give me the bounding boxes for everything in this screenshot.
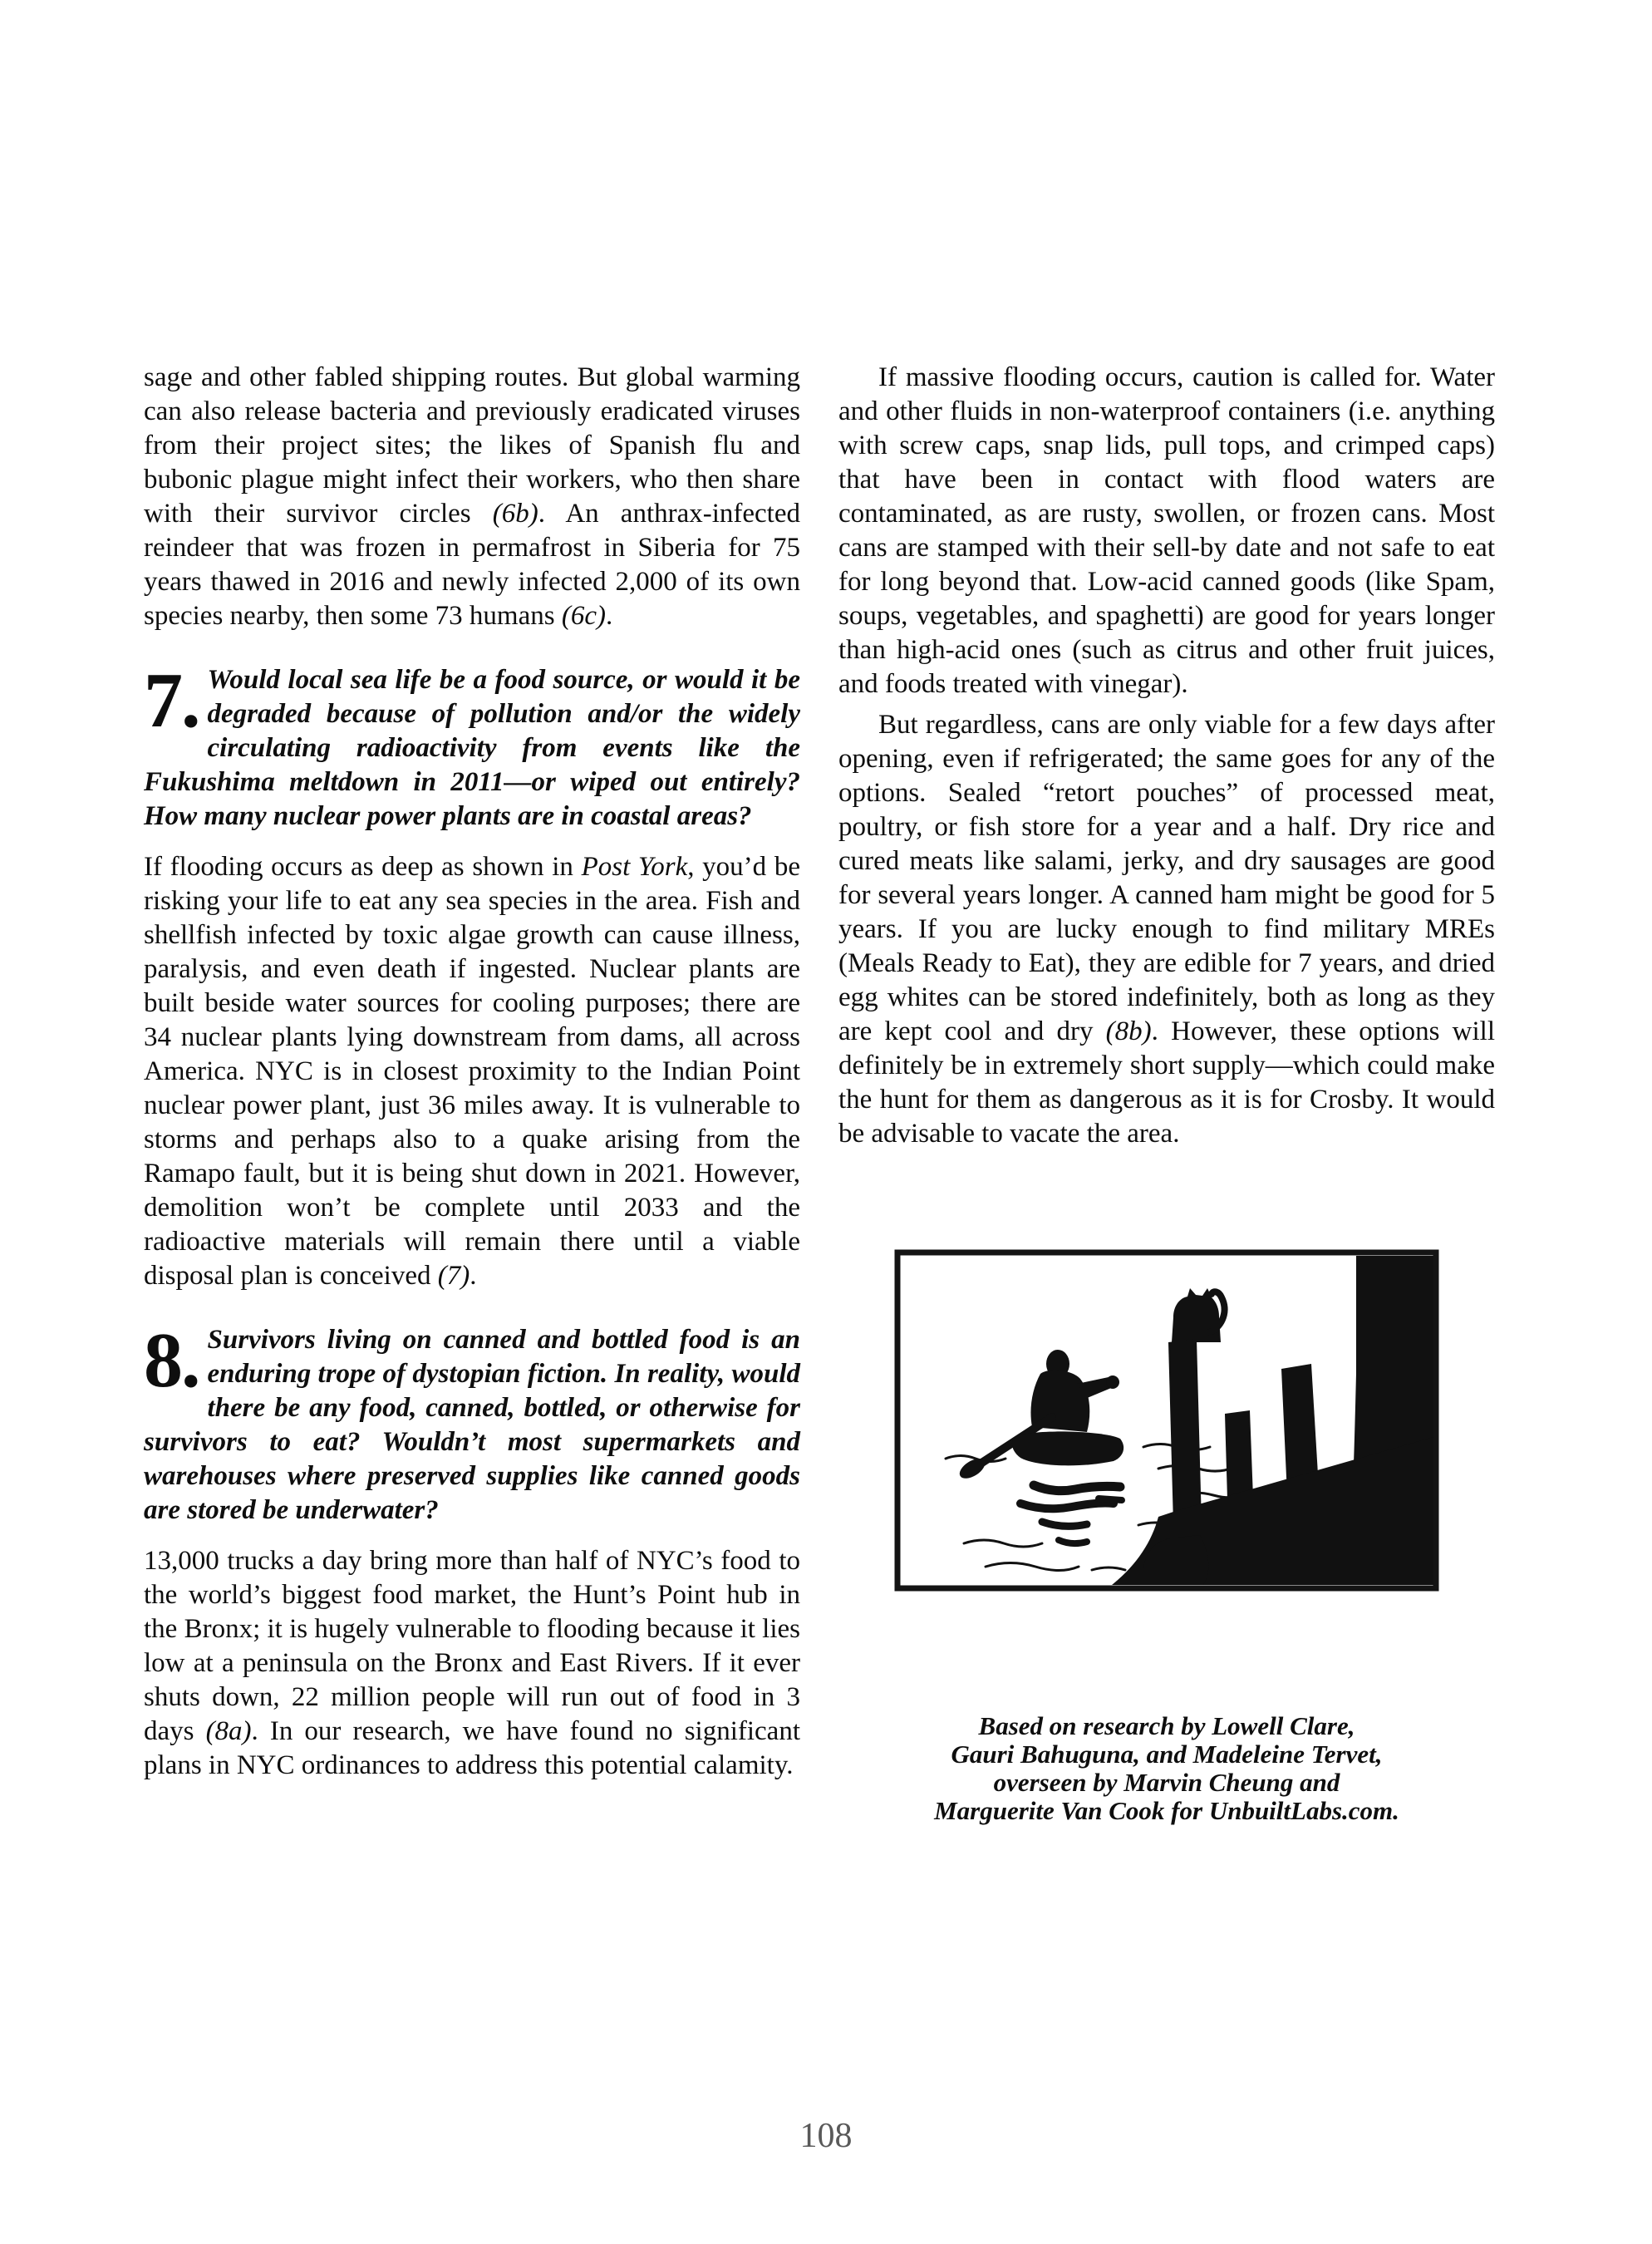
question-8-answer: 13,000 trucks a day bring more than half… [144,1544,800,1783]
two-column-text: sage and other fabled shipping routes. B… [144,361,1495,1825]
canned-food-paragraph: But regardless, cans are only viable for… [838,708,1495,1151]
question-7-text: Would local sea life be a food source, o… [144,665,800,831]
flood-caution-paragraph: If massive flooding occurs, caution is c… [838,361,1495,701]
right-column: If massive flooding occurs, caution is c… [838,361,1495,1825]
question-8-heading: 8.Survivors living on canned and bottled… [144,1323,800,1528]
left-column: sage and other fabled shipping routes. B… [144,361,800,1825]
research-credit-caption: Based on research by Lowell Clare, Gauri… [838,1712,1495,1825]
question-7-number: 7. [144,665,199,736]
question-8-number: 8. [144,1325,199,1396]
question-7-heading: 7.Would local sea life be a food source,… [144,663,800,834]
magazine-page: sage and other fabled shipping routes. B… [0,0,1652,2244]
survivor-boat-illustration [894,1249,1439,1592]
illustration-figure [894,1249,1439,1592]
question-7-answer: If flooding occurs as deep as shown in P… [144,850,800,1293]
continuation-paragraph: sage and other fabled shipping routes. B… [144,361,800,633]
page-number: 108 [0,2116,1652,2156]
question-8-text: Survivors living on canned and bottled f… [144,1325,800,1525]
